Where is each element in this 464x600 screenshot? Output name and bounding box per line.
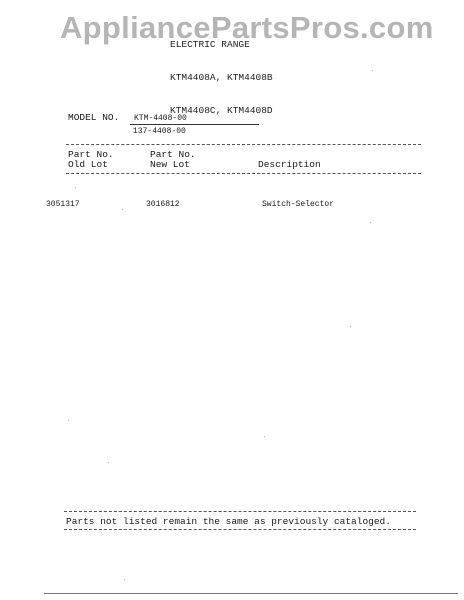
footer-top-divider — [64, 511, 416, 512]
old-lot-part-number: 3051317 — [46, 200, 80, 209]
scan-speck — [372, 70, 373, 71]
page-bottom-rule — [44, 593, 458, 594]
header-models-line-2: KTM4408C, KTM4408D — [170, 105, 273, 116]
scan-speck — [68, 420, 69, 421]
scan-speck — [264, 436, 265, 437]
scan-speck — [370, 222, 371, 223]
footer-note: Parts not listed remain the same as prev… — [66, 516, 391, 527]
table-top-divider — [66, 144, 421, 145]
scan-speck — [122, 209, 123, 210]
model-number-label: MODEL NO. — [68, 112, 130, 123]
scan-speck — [350, 326, 351, 327]
scan-speck — [108, 462, 109, 463]
new-lot-part-number: 3016812 — [146, 200, 180, 209]
scan-speck — [124, 579, 125, 580]
header-product-type: ELECTRIC RANGE — [170, 39, 273, 50]
document-header: ELECTRIC RANGE KTM4408A, KTM4408B KTM440… — [170, 17, 273, 138]
catalog-page: AppliancePartsPros.com ELECTRIC RANGE KT… — [0, 0, 464, 600]
scan-speck — [75, 187, 76, 188]
column-header-description: Description — [258, 160, 321, 170]
column-header-new-lot: Part No. New Lot — [150, 150, 196, 170]
footer-bottom-divider — [64, 529, 416, 530]
table-header-divider — [66, 173, 421, 174]
part-description: Switch-Selector — [262, 200, 334, 209]
column-header-old-lot: Part No. Old Lot — [68, 150, 114, 170]
header-models-line-1: KTM4408A, KTM4408B — [170, 72, 273, 83]
